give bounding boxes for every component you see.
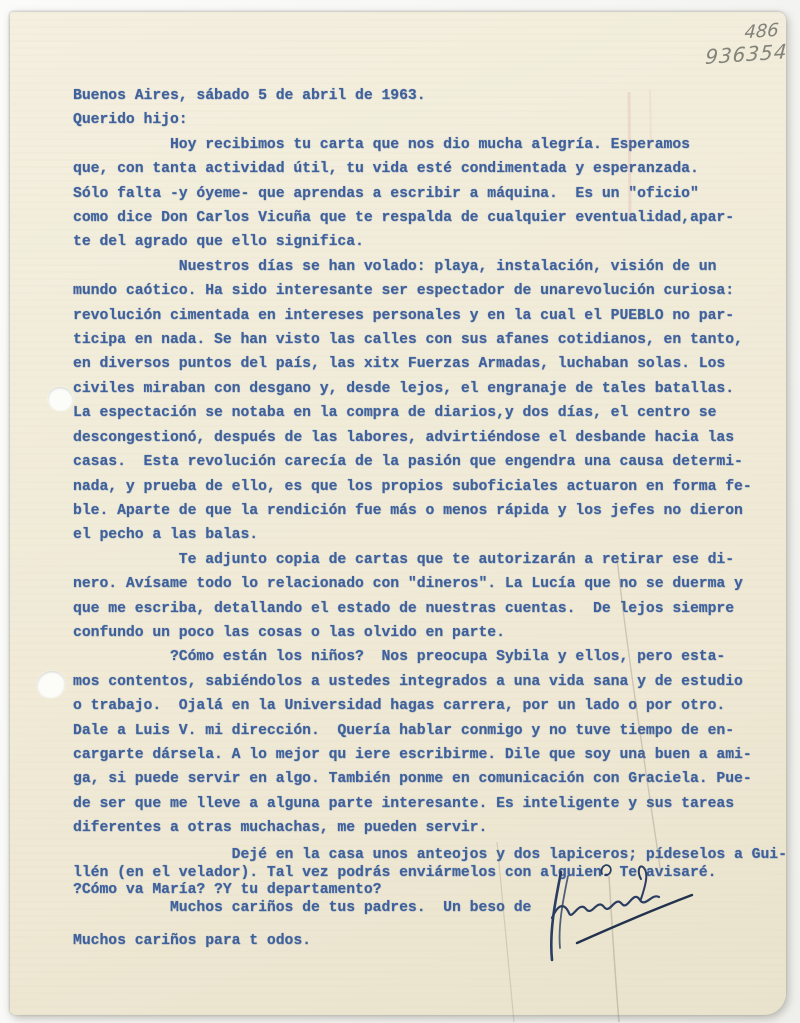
archival-number-bottom: 936354: [705, 41, 792, 67]
letter-final-paragraph: Dejé en la casa unos anteojos y dos lapi…: [73, 847, 787, 917]
letter-page: 486 936354 Buenos Aires, sábado 5 de abr…: [10, 12, 786, 1015]
letter-closing: Muchos cariños para t odos.: [73, 932, 311, 950]
punch-hole-bottom: [37, 671, 65, 698]
letter-body: Buenos Aires, sábado 5 de abril de 1963.…: [73, 84, 752, 841]
archival-number: 486 936354: [703, 21, 794, 67]
punch-hole-top: [48, 387, 73, 411]
